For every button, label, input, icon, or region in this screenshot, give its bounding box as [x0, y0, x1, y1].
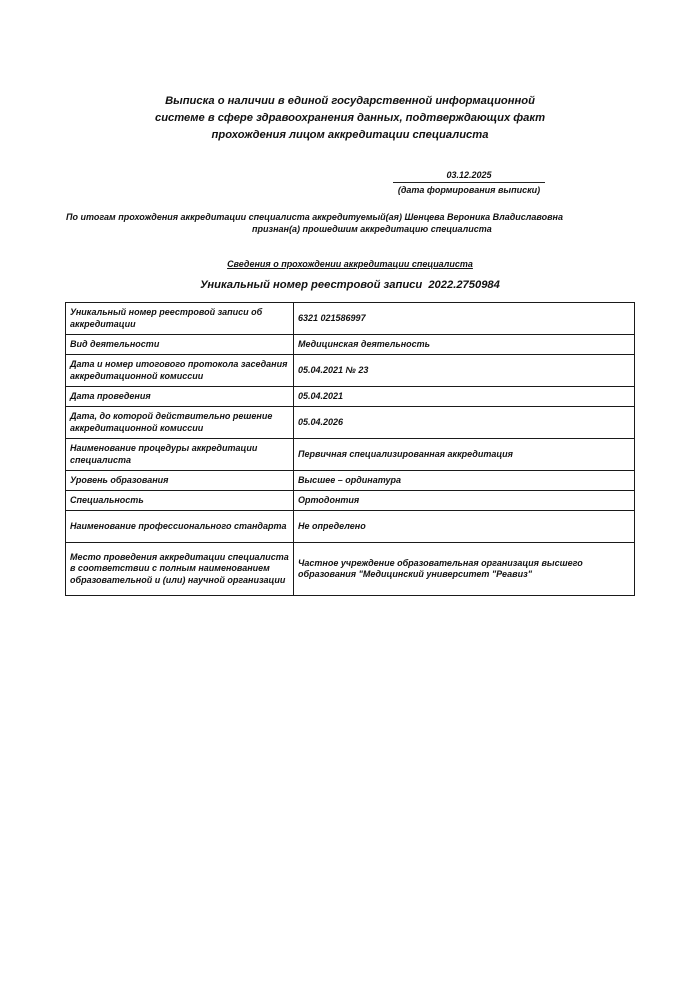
row-label: Наименование профессионального стандарта [66, 511, 294, 543]
row-value: Частное учреждение образовательная орган… [294, 543, 635, 596]
row-label: Дата, до которой действительно решение а… [66, 407, 294, 439]
accreditation-result-statement: По итогам прохождения аккредитации специ… [66, 211, 636, 235]
table-row: Место проведения аккредитации специалист… [66, 543, 635, 596]
formation-date-block: 03.12.2025 (дата формирования выписки) [393, 170, 545, 197]
formation-date-caption: (дата формирования выписки) [393, 184, 545, 197]
row-label: Дата проведения [66, 387, 294, 407]
registry-number-label: Уникальный номер реестровой записи [200, 279, 422, 291]
result-line-2: признан(а) прошедшим аккредитацию специа… [66, 223, 636, 235]
title-line: Выписка о наличии в единой государственн… [100, 93, 600, 110]
row-label: Специальность [66, 491, 294, 511]
row-value: Медицинская деятельность [294, 335, 635, 355]
table-row: Уникальный номер реестровой записи об ак… [66, 303, 635, 335]
row-value: Не определено [294, 511, 635, 543]
registry-number: 2022.2750984 [428, 279, 500, 291]
document-title: Выписка о наличии в единой государственн… [100, 93, 600, 144]
table-row: Вид деятельности Медицинская деятельност… [66, 335, 635, 355]
row-value: Первичная специализированная аккредитаци… [294, 439, 635, 471]
document-page: Выписка о наличии в единой государственн… [0, 0, 700, 1000]
table-row: Дата, до которой действительно решение а… [66, 407, 635, 439]
row-label: Наименование процедуры аккредитации спец… [66, 439, 294, 471]
row-label: Место проведения аккредитации специалист… [66, 543, 294, 596]
formation-date: 03.12.2025 [393, 170, 545, 183]
result-line-1: По итогам прохождения аккредитации специ… [66, 211, 636, 223]
table-row: Наименование процедуры аккредитации спец… [66, 439, 635, 471]
row-label: Уникальный номер реестровой записи об ак… [66, 303, 294, 335]
row-value: Ортодонтия [294, 491, 635, 511]
row-label: Уровень образования [66, 471, 294, 491]
accreditation-info-table: Уникальный номер реестровой записи об ак… [65, 302, 635, 596]
table-row: Дата и номер итогового протокола заседан… [66, 355, 635, 387]
title-line: системе в сфере здравоохранения данных, … [100, 110, 600, 127]
row-value: 05.04.2021 № 23 [294, 355, 635, 387]
row-value: Высшее – ординатура [294, 471, 635, 491]
row-value: 05.04.2026 [294, 407, 635, 439]
table-row: Дата проведения 05.04.2021 [66, 387, 635, 407]
row-value: 6321 021586997 [294, 303, 635, 335]
row-label: Дата и номер итогового протокола заседан… [66, 355, 294, 387]
title-line: прохождения лицом аккредитации специалис… [100, 127, 600, 144]
table-row: Специальность Ортодонтия [66, 491, 635, 511]
row-label: Вид деятельности [66, 335, 294, 355]
registry-number-heading: Уникальный номер реестровой записи 2022.… [100, 279, 600, 291]
table-row: Уровень образования Высшее – ординатура [66, 471, 635, 491]
row-value: 05.04.2021 [294, 387, 635, 407]
table-row: Наименование профессионального стандарта… [66, 511, 635, 543]
section-heading: Сведения о прохождении аккредитации спец… [150, 259, 550, 269]
